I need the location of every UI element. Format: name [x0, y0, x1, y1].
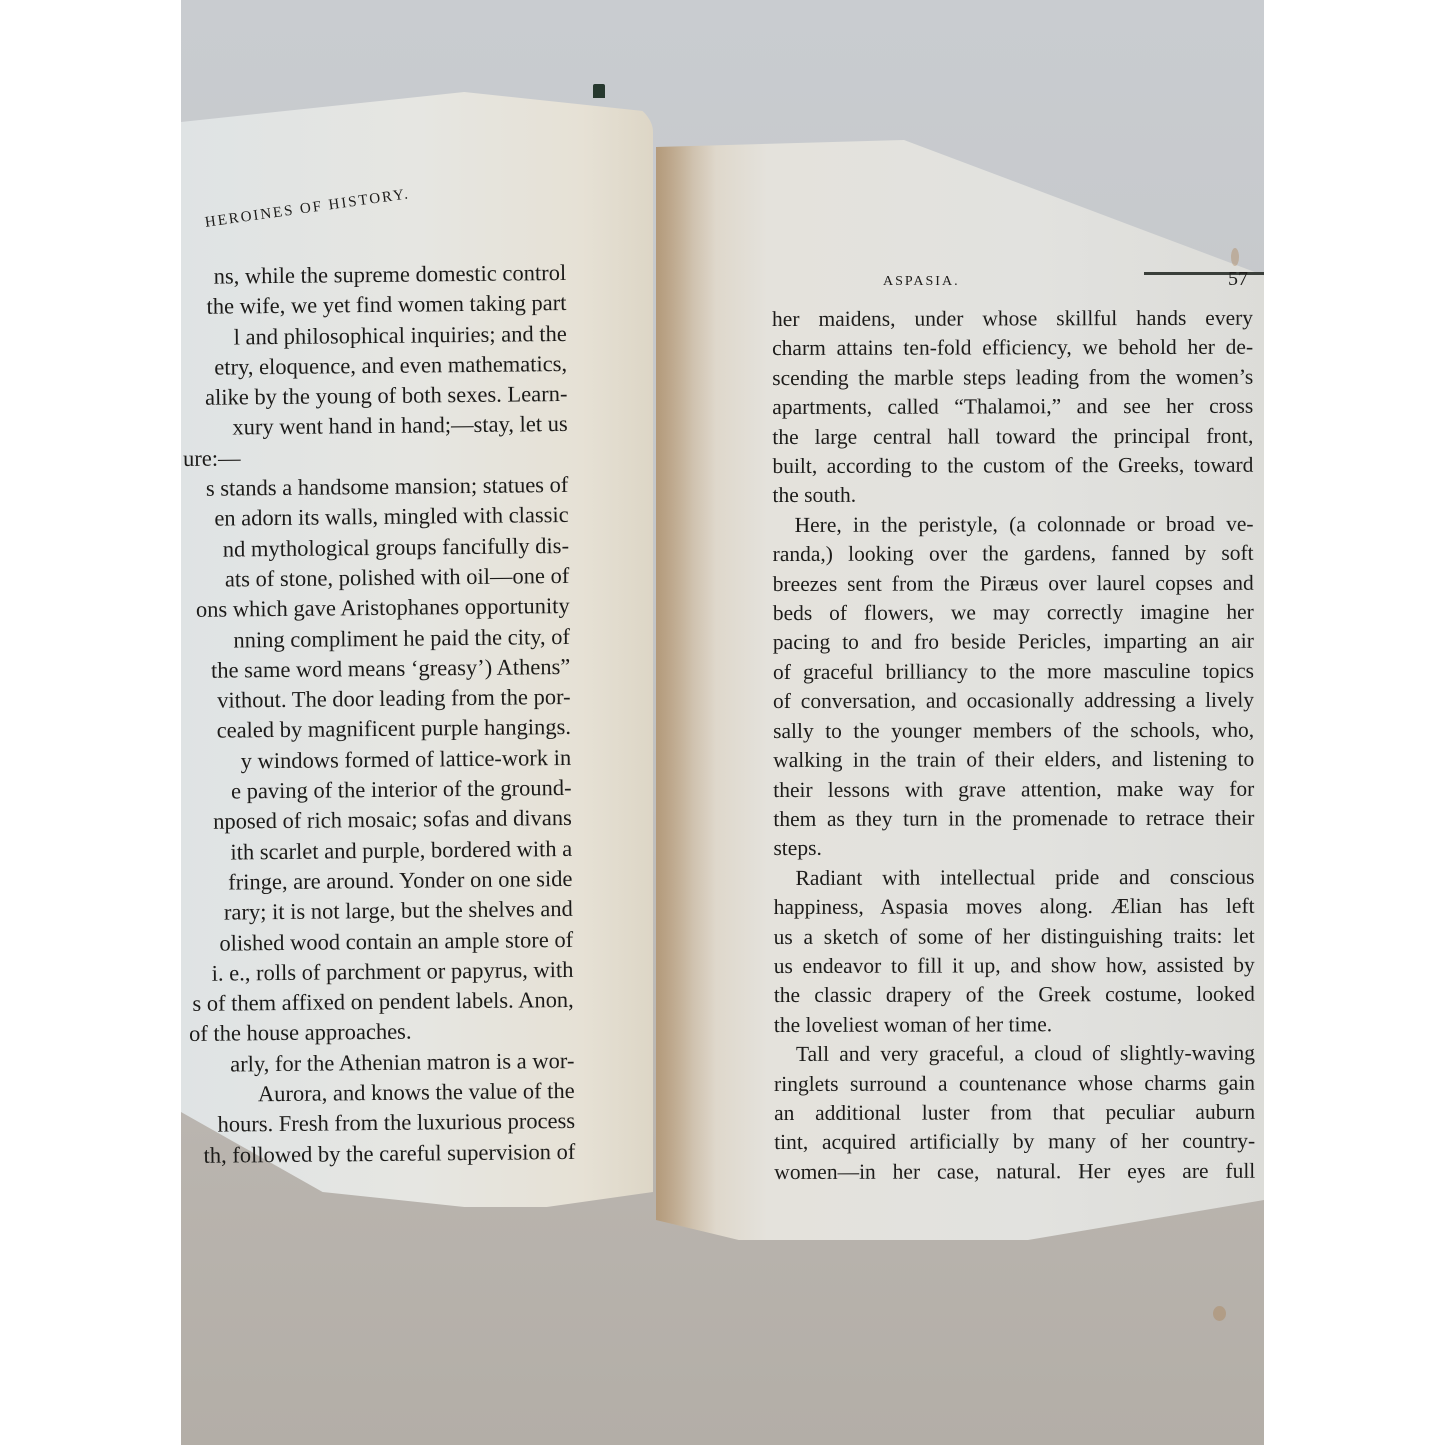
text-line: xury went hand in hand;—stay, let us: [183, 409, 568, 443]
text-line: the south.: [772, 480, 1253, 511]
book-photo: HEROINES OF HISTORY. ASPASIA. 57 ns, whi…: [181, 0, 1264, 1445]
running-head-right: ASPASIA.: [883, 274, 960, 290]
text-line: their lessons with grave attention, make…: [773, 774, 1254, 805]
text-line: ats of stone, polished with oil—one of: [184, 561, 569, 595]
text-line: arly, for the Athenian matron is a wor-: [189, 1046, 574, 1080]
text-line: nposed of rich mosaic; sofas and divans: [187, 803, 572, 837]
bookmark-ribbon: [593, 84, 605, 98]
text-line: etry, eloquence, and even mathematics,: [182, 349, 567, 383]
text-line: th, followed by the careful supervision …: [190, 1137, 575, 1171]
text-line: pacing to and fro beside Pericles, impar…: [773, 627, 1254, 658]
text-line: Aurora, and knows the value of the: [190, 1076, 575, 1110]
text-line: y windows formed of lattice-work in: [186, 743, 571, 777]
text-line: ringlets surround a countenance whose ch…: [774, 1068, 1255, 1099]
text-line: beds of flowers, we may correctly imagin…: [773, 598, 1254, 629]
text-line: e paving of the interior of the ground-: [186, 773, 571, 807]
text-line: them as they turn in the promenade to re…: [773, 804, 1254, 835]
text-line: Radiant with intellectual pride and cons…: [773, 862, 1254, 893]
text-line: apartments, called “Thalamoi,” and see h…: [772, 392, 1253, 423]
text-line: us endeavor to fill it up, and show how,…: [774, 951, 1255, 982]
text-line: scending the marble steps leading from t…: [772, 363, 1253, 394]
text-line: the large central hall toward the princi…: [772, 421, 1253, 452]
text-line: vithout. The door leading from the por-: [185, 682, 570, 716]
page-number: 57: [1228, 268, 1248, 291]
text-line: ons which gave Aristophanes opportunity: [184, 591, 569, 625]
text-line: the classic drapery of the Greek costume…: [774, 980, 1255, 1011]
text-line: built, according to the custom of the Gr…: [772, 451, 1253, 482]
text-line: ith scarlet and purple, bordered with a: [187, 834, 572, 868]
text-line: olished wood contain an ample store of: [188, 924, 573, 958]
text-line: us a sketch of some of her distinguishin…: [774, 921, 1255, 952]
text-line: ns, while the supreme domestic control: [181, 258, 566, 292]
text-line: s stands a handsome mansion; statues of: [183, 470, 568, 504]
text-line: the same word means ‘greasy’) Athens”: [185, 652, 570, 686]
text-line: Tall and very graceful, a cloud of sligh…: [774, 1039, 1255, 1070]
foxing-stain: [1213, 1306, 1226, 1321]
text-line: women—in her case, natural. Her eyes are…: [774, 1157, 1255, 1188]
text-line: cealed by magnificent purple hangings.: [186, 712, 571, 746]
text-line: en adorn its walls, mingled with classic: [184, 500, 569, 534]
text-line: i. e., rolls of parchment or papyrus, wi…: [188, 955, 573, 989]
text-line: the loveliest woman of her time.: [774, 1009, 1255, 1040]
text-line: randa,) looking over the gardens, fanned…: [773, 539, 1254, 570]
text-line: happiness, Aspasia moves along. Ælian ha…: [774, 892, 1255, 923]
text-line: s of them affixed on pendent labels. Ano…: [189, 985, 574, 1019]
text-line: of graceful brilliancy to the more mascu…: [773, 657, 1254, 688]
text-line: nd mythological groups fancifully dis-: [184, 531, 569, 565]
text-line: l and philosophical inquiries; and the: [182, 319, 567, 353]
text-line: alike by the young of both sexes. Learn-: [182, 379, 567, 413]
right-page-text: her maidens, under whose skillful hands …: [772, 304, 1255, 1187]
text-line: of conversation, and occasionally addres…: [773, 686, 1254, 717]
text-line: nning compliment he paid the city, of: [185, 622, 570, 656]
text-line: sally to the younger members of the scho…: [773, 715, 1254, 746]
text-line: ure:—: [183, 440, 568, 474]
text-line: fringe, are around. Yonder on one side: [187, 864, 572, 898]
text-line: an additional luster from that peculiar …: [774, 1098, 1255, 1129]
left-page-text: ns, while the supreme domestic control t…: [181, 258, 575, 1171]
text-line: breezes sent from the Piræus over laurel…: [773, 568, 1254, 599]
text-line: the wife, we yet find women taking part: [181, 288, 566, 322]
text-line: rary; it is not large, but the shelves a…: [188, 894, 573, 928]
text-line: Here, in the peristyle, (a colonnade or …: [773, 510, 1254, 541]
text-line: of the house approaches.: [189, 1015, 574, 1049]
text-line: steps.: [773, 833, 1254, 864]
text-line: hours. Fresh from the luxurious process: [190, 1106, 575, 1140]
text-line: her maidens, under whose skillful hands …: [772, 304, 1253, 335]
foxing-stain: [1231, 248, 1239, 266]
text-line: charm attains ten-fold efficiency, we be…: [772, 333, 1253, 364]
text-line: walking in the train of their elders, an…: [773, 745, 1254, 776]
text-line: tint, acquired artificially by many of h…: [774, 1127, 1255, 1158]
